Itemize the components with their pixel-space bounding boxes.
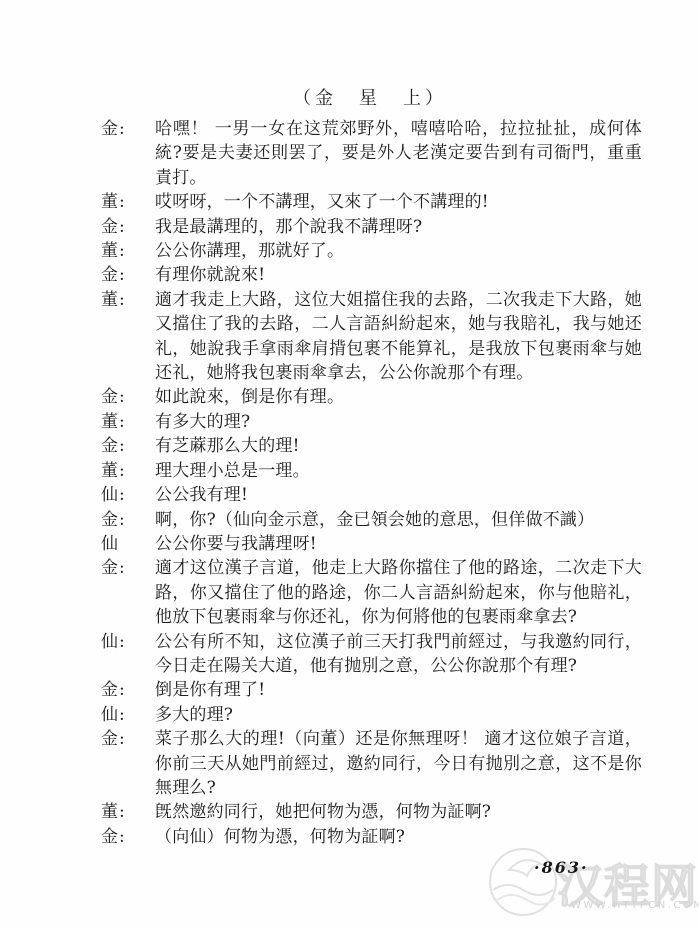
dialogue-text: 哎呀呀，一个不講理，又來了一个不講理的!: [155, 190, 642, 214]
dialogue-row: 金: 適才这位漢子言道，他走上大路你擋住了他的路途，二次走下大路，你又擋住了他的…: [98, 556, 642, 629]
scanned-script-page: （金 星 上） 金: 哈嘿！ 一男一女在这荒郊野外，嘻嘻哈哈，拉拉扯扯，成何体統…: [0, 0, 699, 928]
speaker-label: 仙:: [98, 483, 155, 507]
speaker-label: 金:: [98, 263, 155, 287]
speaker-label: 董:: [98, 190, 155, 214]
dialogue-row: 仙: 多大的理?: [98, 703, 642, 727]
dialogue-text: 適才这位漢子言道，他走上大路你擋住了他的路途，二次走下大路，你又擋住了他的路途，…: [155, 556, 642, 629]
dialogue-text: 哈嘿！ 一男一女在这荒郊野外，嘻嘻哈哈，拉拉扯扯，成何体統?要是夫妻还則罢了，要…: [155, 117, 642, 190]
dialogue-text: 公公有所不知，这位漢子前三天打我門前經过，与我邀約同行，今日走在陽关大道，他有抛…: [155, 630, 642, 679]
speaker-label: 董:: [98, 288, 155, 312]
dialogue-text: 多大的理?: [155, 703, 642, 727]
dialogue-row: 金: 如此說來，倒是你有理。: [98, 385, 642, 409]
speaker-label: 仙:: [98, 703, 155, 727]
dialogue-text: 我是最講理的，那个說我不講理呀?: [155, 215, 642, 239]
dialogue-text: 公公你要与我講理呀!: [155, 532, 642, 556]
speaker-label: 金:: [98, 556, 155, 580]
speaker-label: 金:: [98, 825, 155, 849]
dialogue-row: 金: 倒是你有理了!: [98, 678, 642, 702]
dialogue-text: 倒是你有理了!: [155, 678, 642, 702]
dialogue-text: 有多大的理?: [155, 410, 642, 434]
dialogue-text: 菜子那么大的理!（向董）还是你無理呀！ 適才这位娘子言道，你前三天从她門前經过，…: [155, 727, 642, 800]
dialogue-text: 如此說來，倒是你有理。: [155, 385, 642, 409]
dialogue-row: 董: 適才我走上大路，这位大姐擋住我的去路，二次我走下大路，她又擋住了我的去路，…: [98, 288, 642, 386]
dialogue-row: 金: 菜子那么大的理!（向董）还是你無理呀！ 適才这位娘子言道，你前三天从她門前…: [98, 727, 642, 800]
dialogue-row: 金: 有芝蔴那么大的理!: [98, 434, 642, 458]
watermark-site-url: WWW.HTTPCN.COM: [571, 900, 699, 911]
speaker-label: 金:: [98, 434, 155, 458]
speaker-label: 董:: [98, 410, 155, 434]
page-number: ·863·: [534, 858, 589, 877]
speaker-label: 金:: [98, 678, 155, 702]
dialogue-row: 仙 公公你要与我講理呀!: [98, 532, 642, 556]
speaker-label: 金:: [98, 508, 155, 532]
speaker-label: 董:: [98, 459, 155, 483]
dialogue-list: 金: 哈嘿！ 一男一女在这荒郊野外，嘻嘻哈哈，拉拉扯扯，成何体統?要是夫妻还則罢…: [98, 117, 642, 849]
dialogue-text: 旣然邀約同行，她把何物为憑，何物为証啊?: [155, 800, 642, 824]
dialogue-text: 理大理小总是一理。: [155, 459, 642, 483]
dialogue-row: 董: 公公你講理，那就好了。: [98, 239, 642, 263]
dialogue-text: 公公我有理!: [155, 483, 642, 507]
dialogue-text: （向仙）何物为憑，何物为証啊?: [155, 825, 642, 849]
dialogue-row: 董: 旣然邀約同行，她把何物为憑，何物为証啊?: [98, 800, 642, 824]
dialogue-row: 仙: 公公有所不知，这位漢子前三天打我門前經过，与我邀約同行，今日走在陽关大道，…: [98, 630, 642, 679]
dialogue-text: 有芝蔴那么大的理!: [155, 434, 642, 458]
speaker-label: 董:: [98, 800, 155, 824]
httpcn-logo-icon: [479, 840, 567, 924]
dialogue-row: 金: 哈嘿！ 一男一女在这荒郊野外，嘻嘻哈哈，拉拉扯扯，成何体統?要是夫妻还則罢…: [98, 117, 642, 190]
dialogue-row: 金: （向仙）何物为憑，何物为証啊?: [98, 825, 642, 849]
dialogue-text: 公公你講理，那就好了。: [155, 239, 642, 263]
dialogue-row: 仙: 公公我有理!: [98, 483, 642, 507]
dialogue-row: 董: 理大理小总是一理。: [98, 459, 642, 483]
speaker-label: 董:: [98, 239, 155, 263]
speaker-label: 金:: [98, 727, 155, 751]
speaker-label: 仙:: [98, 630, 155, 654]
dialogue-row: 董: 哎呀呀，一个不講理，又來了一个不講理的!: [98, 190, 642, 214]
dialogue-text: 有理你就說來!: [155, 263, 642, 287]
dialogue-row: 金: 有理你就說來!: [98, 263, 642, 287]
speaker-label: 仙: [98, 532, 155, 556]
dialogue-row: 金: 啊，你?（仙向金示意，金已領会她的意思，但佯做不識）: [98, 508, 642, 532]
speaker-label: 金:: [98, 215, 155, 239]
dialogue-text: 啊，你?（仙向金示意，金已領会她的意思，但佯做不識）: [155, 508, 642, 532]
speaker-label: 金:: [98, 385, 155, 409]
dialogue-row: 董: 有多大的理?: [98, 410, 642, 434]
dialogue-row: 金: 我是最講理的，那个說我不講理呀?: [98, 215, 642, 239]
dialogue-text: 適才我走上大路，这位大姐擋住我的去路，二次我走下大路，她又擋住了我的去路，二人言…: [155, 288, 642, 386]
stage-direction-title: （金 星 上）: [98, 84, 642, 110]
script-content: （金 星 上） 金: 哈嘿！ 一男一女在这荒郊野外，嘻嘻哈哈，拉拉扯扯，成何体統…: [98, 84, 642, 849]
site-watermark: 汉程网 WWW.HTTPCN.COM: [451, 836, 699, 928]
speaker-label: 金:: [98, 117, 155, 141]
